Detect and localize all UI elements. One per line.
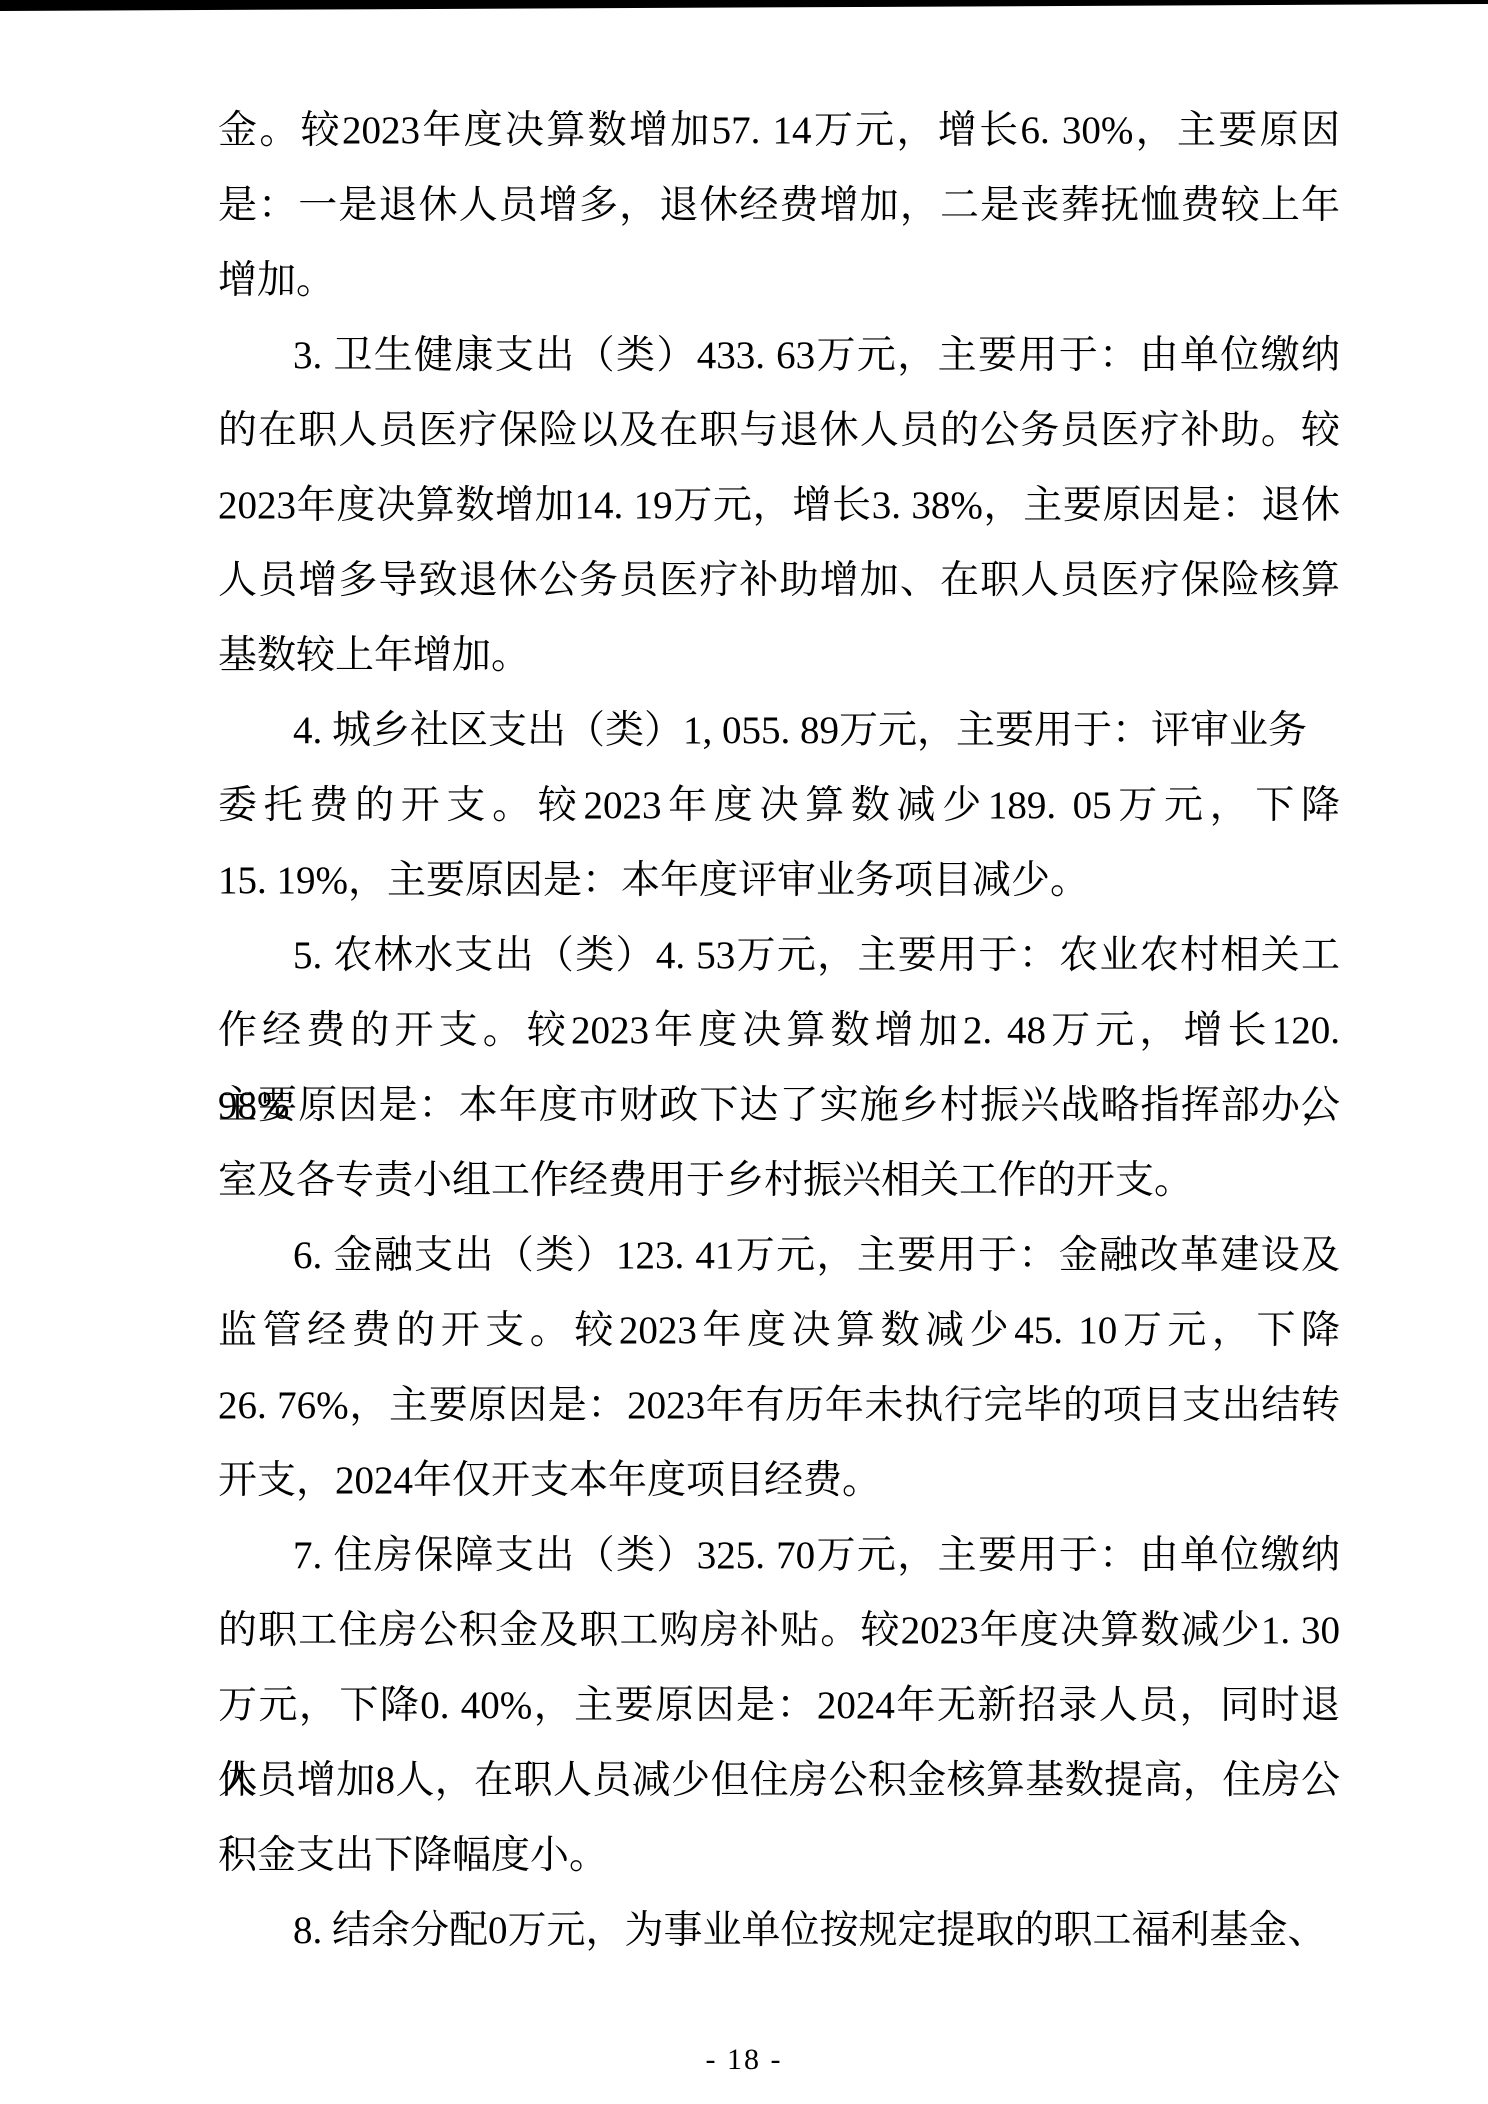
text-line: 7. 住房保障支出（类）325. 70万元，主要用于：由单位缴纳 bbox=[218, 1518, 1340, 1593]
text-line: 4. 城乡社区支出（类）1, 055. 89万元，主要用于：评审业务 bbox=[218, 693, 1340, 768]
text-line: 监管经费的开支。较2023年度决算数减少45. 10万元，下降 bbox=[218, 1293, 1340, 1368]
text-line: 积金支出下降幅度小。 bbox=[218, 1818, 1340, 1893]
text-line: 人员增加8人，在职人员减少但住房公积金核算基数提高，住房公 bbox=[218, 1743, 1340, 1818]
text-line: 15. 19%，主要原因是：本年度评审业务项目减少。 bbox=[218, 843, 1340, 918]
text-line: 3. 卫生健康支出（类）433. 63万元，主要用于：由单位缴纳 bbox=[218, 318, 1340, 393]
text-line: 5. 农林水支出（类）4. 53万元，主要用于：农业农村相关工 bbox=[218, 918, 1340, 993]
document-page: 金。较2023年度决算数增加57. 14万元，增长6. 30%，主要原因是：一是… bbox=[0, 0, 1488, 2104]
text-line: 基数较上年增加。 bbox=[218, 618, 1340, 693]
text-line: 万元，下降0. 40%，主要原因是：2024年无新招录人员，同时退休 bbox=[218, 1668, 1340, 1743]
text-line: 人员增多导致退休公务员医疗补助增加、在职人员医疗保险核算 bbox=[218, 543, 1340, 618]
text-line: 的在职人员医疗保险以及在职与退休人员的公务员医疗补助。较 bbox=[218, 393, 1340, 468]
page-number: - 18 - bbox=[706, 2043, 783, 2076]
text-line: 室及各专责小组工作经费用于乡村振兴相关工作的开支。 bbox=[218, 1143, 1340, 1218]
text-line: 6. 金融支出（类）123. 41万元，主要用于：金融改革建设及 bbox=[218, 1218, 1340, 1293]
text-line: 8. 结余分配0万元，为事业单位按规定提取的职工福利基金、 bbox=[218, 1893, 1340, 1968]
text-line: 主要原因是：本年度市财政下达了实施乡村振兴战略指挥部办公 bbox=[218, 1068, 1340, 1143]
document-body: 金。较2023年度决算数增加57. 14万元，增长6. 30%，主要原因是：一是… bbox=[218, 93, 1340, 1968]
text-line: 2023年度决算数增加14. 19万元，增长3. 38%，主要原因是：退休 bbox=[218, 468, 1340, 543]
text-line: 26. 76%，主要原因是：2023年有历年未执行完毕的项目支出结转 bbox=[218, 1368, 1340, 1443]
text-line: 委托费的开支。较2023年度决算数减少189. 05万元，下降 bbox=[218, 768, 1340, 843]
text-line: 是：一是退休人员增多，退休经费增加，二是丧葬抚恤费较上年 bbox=[218, 168, 1340, 243]
text-line: 增加。 bbox=[218, 243, 1340, 318]
text-line: 开支，2024年仅开支本年度项目经费。 bbox=[218, 1443, 1340, 1518]
scan-edge-artifact bbox=[0, 0, 1488, 12]
text-line: 金。较2023年度决算数增加57. 14万元，增长6. 30%，主要原因 bbox=[218, 93, 1340, 168]
text-line: 作经费的开支。较2023年度决算数增加2. 48万元，增长120. 98%， bbox=[218, 993, 1340, 1068]
page-footer: - 18 - bbox=[0, 2040, 1488, 2080]
text-line: 的职工住房公积金及职工购房补贴。较2023年度决算数减少1. 30 bbox=[218, 1593, 1340, 1668]
